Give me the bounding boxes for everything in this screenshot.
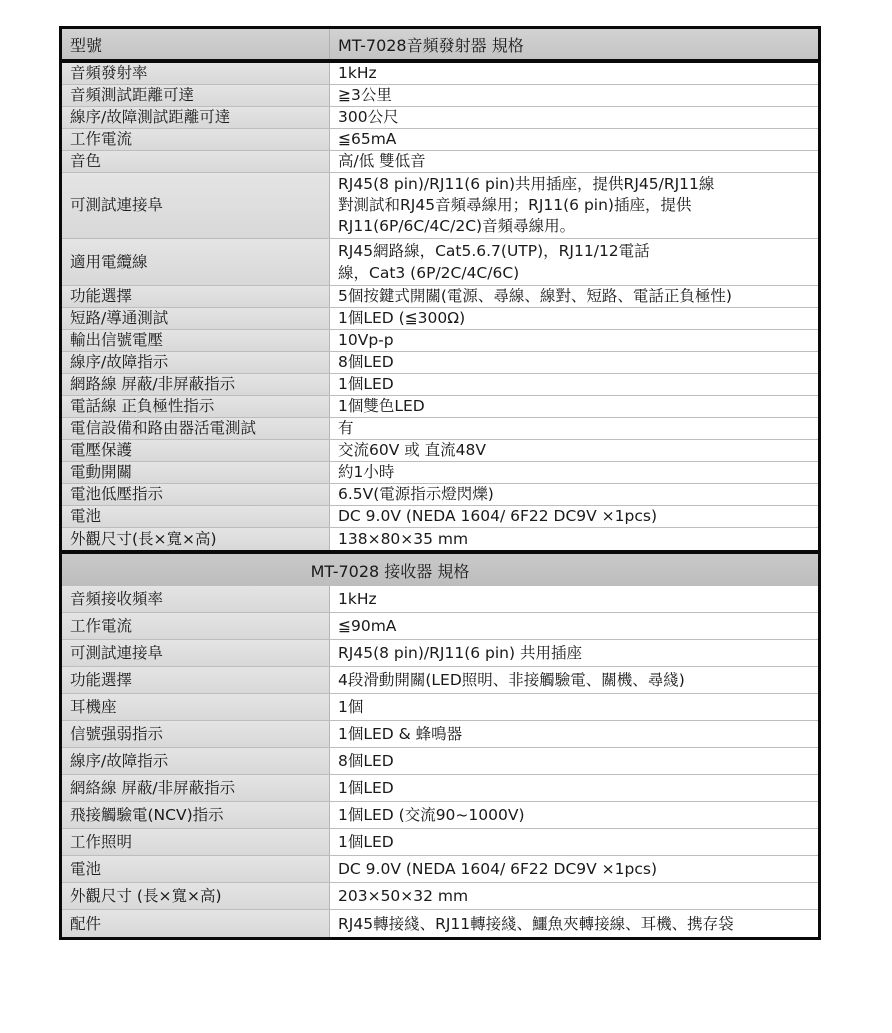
spec-value: RJ45(8 pin)/RJ11(6 pin) 共用插座 (330, 640, 818, 666)
spec-value: 1個LED (330, 775, 818, 801)
spec-row: 工作電流≦65mA (62, 129, 818, 151)
spec-label: 電池 (62, 856, 330, 882)
spec-value: 交流60V 或 直流48V (330, 440, 818, 461)
spec-value: 203×50×32 mm (330, 883, 818, 909)
spec-row: 飛接觸驗電(NCV)指示1個LED (交流90~1000V) (62, 802, 818, 829)
spec-row: 電話線 正負極性指示1個雙色LED (62, 396, 818, 418)
spec-label: 電動開關 (62, 462, 330, 483)
spec-label: 短路/導通測試 (62, 308, 330, 329)
spec-value: 1個雙色LED (330, 396, 818, 417)
spec-table: 型號 MT-7028音頻發射器 規格 音頻發射率1kHz 音頻測試距離可達≧3公… (59, 26, 821, 940)
spec-label: 電池低壓指示 (62, 484, 330, 505)
spec-value: 1個 (330, 694, 818, 720)
spec-value: 有 (330, 418, 818, 439)
spec-row: 工作照明1個LED (62, 829, 818, 856)
spec-label: 輸出信號電壓 (62, 330, 330, 351)
spec-label: 音頻測試距離可達 (62, 85, 330, 106)
spec-label: 電信設備和路由器活電測試 (62, 418, 330, 439)
spec-label: 網絡線 屏蔽/非屏蔽指示 (62, 775, 330, 801)
spec-row: 配件RJ45轉接綫、RJ11轉接綫、鱷魚夾轉接線、耳機、携存袋 (62, 910, 818, 937)
spec-label: 音頻發射率 (62, 63, 330, 84)
spec-value: 1kHz (330, 586, 818, 612)
spec-value: 1個LED & 蜂鳴器 (330, 721, 818, 747)
spec-label: 外觀尺寸(長×寬×高) (62, 528, 330, 550)
spec-value: 1個LED (330, 374, 818, 395)
spec-label: 適用電纜線 (62, 239, 330, 285)
transmitter-header-row: 型號 MT-7028音頻發射器 規格 (62, 29, 818, 63)
receiver-title: MT-7028 接收器 規格 (311, 559, 570, 582)
spec-value: 10Vp-p (330, 330, 818, 351)
spec-value: 高/低 雙低音 (330, 151, 818, 172)
receiver-header-row: MT-7028 接收器 規格 (62, 550, 818, 586)
spec-row: 功能選擇5個按鍵式開關(電源、尋線、線對、短路、電話正負極性) (62, 286, 818, 308)
spec-row: 音頻測試距離可達≧3公里 (62, 85, 818, 107)
spec-value: RJ45轉接綫、RJ11轉接綫、鱷魚夾轉接線、耳機、携存袋 (330, 910, 818, 937)
spec-row: 功能選擇4段滑動開關(LED照明、非接觸驗電、關機、尋綫) (62, 667, 818, 694)
spec-value: 5個按鍵式開關(電源、尋線、線對、短路、電話正負極性) (330, 286, 818, 307)
spec-label: 功能選擇 (62, 667, 330, 693)
spec-label: 音色 (62, 151, 330, 172)
receiver-spec-rows: 音頻接收頻率1kHz 工作電流≦90mA 可測試連接阜RJ45(8 pin)/R… (62, 586, 818, 937)
spec-value: 約1小時 (330, 462, 818, 483)
spec-label: 網路線 屏蔽/非屏蔽指示 (62, 374, 330, 395)
spec-value: 4段滑動開關(LED照明、非接觸驗電、關機、尋綫) (330, 667, 818, 693)
spec-row: 網路線 屏蔽/非屏蔽指示1個LED (62, 374, 818, 396)
spec-row: 外觀尺寸 (長×寬×高)203×50×32 mm (62, 883, 818, 910)
spec-label: 線序/故障測試距離可達 (62, 107, 330, 128)
spec-label: 音頻接收頻率 (62, 586, 330, 612)
transmitter-spec-rows: 音頻發射率1kHz 音頻測試距離可達≧3公里 線序/故障測試距離可達300公尺 … (62, 63, 818, 550)
spec-label: 電池 (62, 506, 330, 527)
spec-label: 配件 (62, 910, 330, 937)
spec-row: 線序/故障指示8個LED (62, 748, 818, 775)
spec-value: 138×80×35 mm (330, 528, 818, 550)
spec-row: 可測試連接阜RJ45(8 pin)/RJ11(6 pin)共用插座，提供RJ45… (62, 173, 818, 239)
spec-label: 可測試連接阜 (62, 173, 330, 238)
spec-label: 工作電流 (62, 613, 330, 639)
spec-value: RJ45(8 pin)/RJ11(6 pin)共用插座，提供RJ45/RJ11線… (330, 173, 818, 238)
spec-value: 8個LED (330, 352, 818, 373)
spec-value: DC 9.0V (NEDA 1604/ 6F22 DC9V ×1pcs) (330, 506, 818, 527)
spec-value: 8個LED (330, 748, 818, 774)
spec-value: 1個LED (≦300Ω) (330, 308, 818, 329)
spec-row: 電動開關約1小時 (62, 462, 818, 484)
spec-value: 300公尺 (330, 107, 818, 128)
spec-value: 1個LED (交流90~1000V) (330, 802, 818, 828)
spec-row: 線序/故障測試距離可達300公尺 (62, 107, 818, 129)
spec-label: 電壓保護 (62, 440, 330, 461)
spec-row: 音頻接收頻率1kHz (62, 586, 818, 613)
spec-value: ≧3公里 (330, 85, 818, 106)
spec-label: 外觀尺寸 (長×寬×高) (62, 883, 330, 909)
spec-label: 線序/故障指示 (62, 748, 330, 774)
spec-row: 音色高/低 雙低音 (62, 151, 818, 173)
spec-label: 飛接觸驗電(NCV)指示 (62, 802, 330, 828)
spec-row: 網絡線 屏蔽/非屏蔽指示1個LED (62, 775, 818, 802)
spec-label: 可測試連接阜 (62, 640, 330, 666)
spec-row: 外觀尺寸(長×寬×高)138×80×35 mm (62, 528, 818, 550)
spec-label: 信號强弱指示 (62, 721, 330, 747)
spec-value: ≦65mA (330, 129, 818, 150)
transmitter-title: MT-7028音頻發射器 規格 (330, 29, 818, 59)
spec-row: 信號强弱指示1個LED & 蜂鳴器 (62, 721, 818, 748)
model-label: 型號 (62, 29, 330, 59)
spec-value: ≦90mA (330, 613, 818, 639)
spec-row: 電壓保護交流60V 或 直流48V (62, 440, 818, 462)
spec-row: 音頻發射率1kHz (62, 63, 818, 85)
spec-row: 輸出信號電壓10Vp-p (62, 330, 818, 352)
spec-value: DC 9.0V (NEDA 1604/ 6F22 DC9V ×1pcs) (330, 856, 818, 882)
spec-value: 1個LED (330, 829, 818, 855)
spec-label: 工作照明 (62, 829, 330, 855)
spec-label: 電話線 正負極性指示 (62, 396, 330, 417)
spec-row: 電池DC 9.0V (NEDA 1604/ 6F22 DC9V ×1pcs) (62, 506, 818, 528)
spec-label: 工作電流 (62, 129, 330, 150)
spec-label: 線序/故障指示 (62, 352, 330, 373)
spec-value: 6.5V(電源指示燈閃爍) (330, 484, 818, 505)
spec-row: 線序/故障指示8個LED (62, 352, 818, 374)
spec-label: 功能選擇 (62, 286, 330, 307)
spec-row: 適用電纜線RJ45網路線，Cat5.6.7(UTP)，RJ11/12電話 線，C… (62, 239, 818, 286)
spec-label: 耳機座 (62, 694, 330, 720)
spec-row: 電池低壓指示6.5V(電源指示燈閃爍) (62, 484, 818, 506)
spec-value: RJ45網路線，Cat5.6.7(UTP)，RJ11/12電話 線，Cat3 (… (330, 239, 818, 285)
spec-row: 耳機座1個 (62, 694, 818, 721)
spec-row: 電池DC 9.0V (NEDA 1604/ 6F22 DC9V ×1pcs) (62, 856, 818, 883)
spec-value: 1kHz (330, 63, 818, 84)
spec-row: 工作電流≦90mA (62, 613, 818, 640)
spec-row: 可測試連接阜RJ45(8 pin)/RJ11(6 pin) 共用插座 (62, 640, 818, 667)
spec-row: 短路/導通測試1個LED (≦300Ω) (62, 308, 818, 330)
spec-row: 電信設備和路由器活電測試有 (62, 418, 818, 440)
